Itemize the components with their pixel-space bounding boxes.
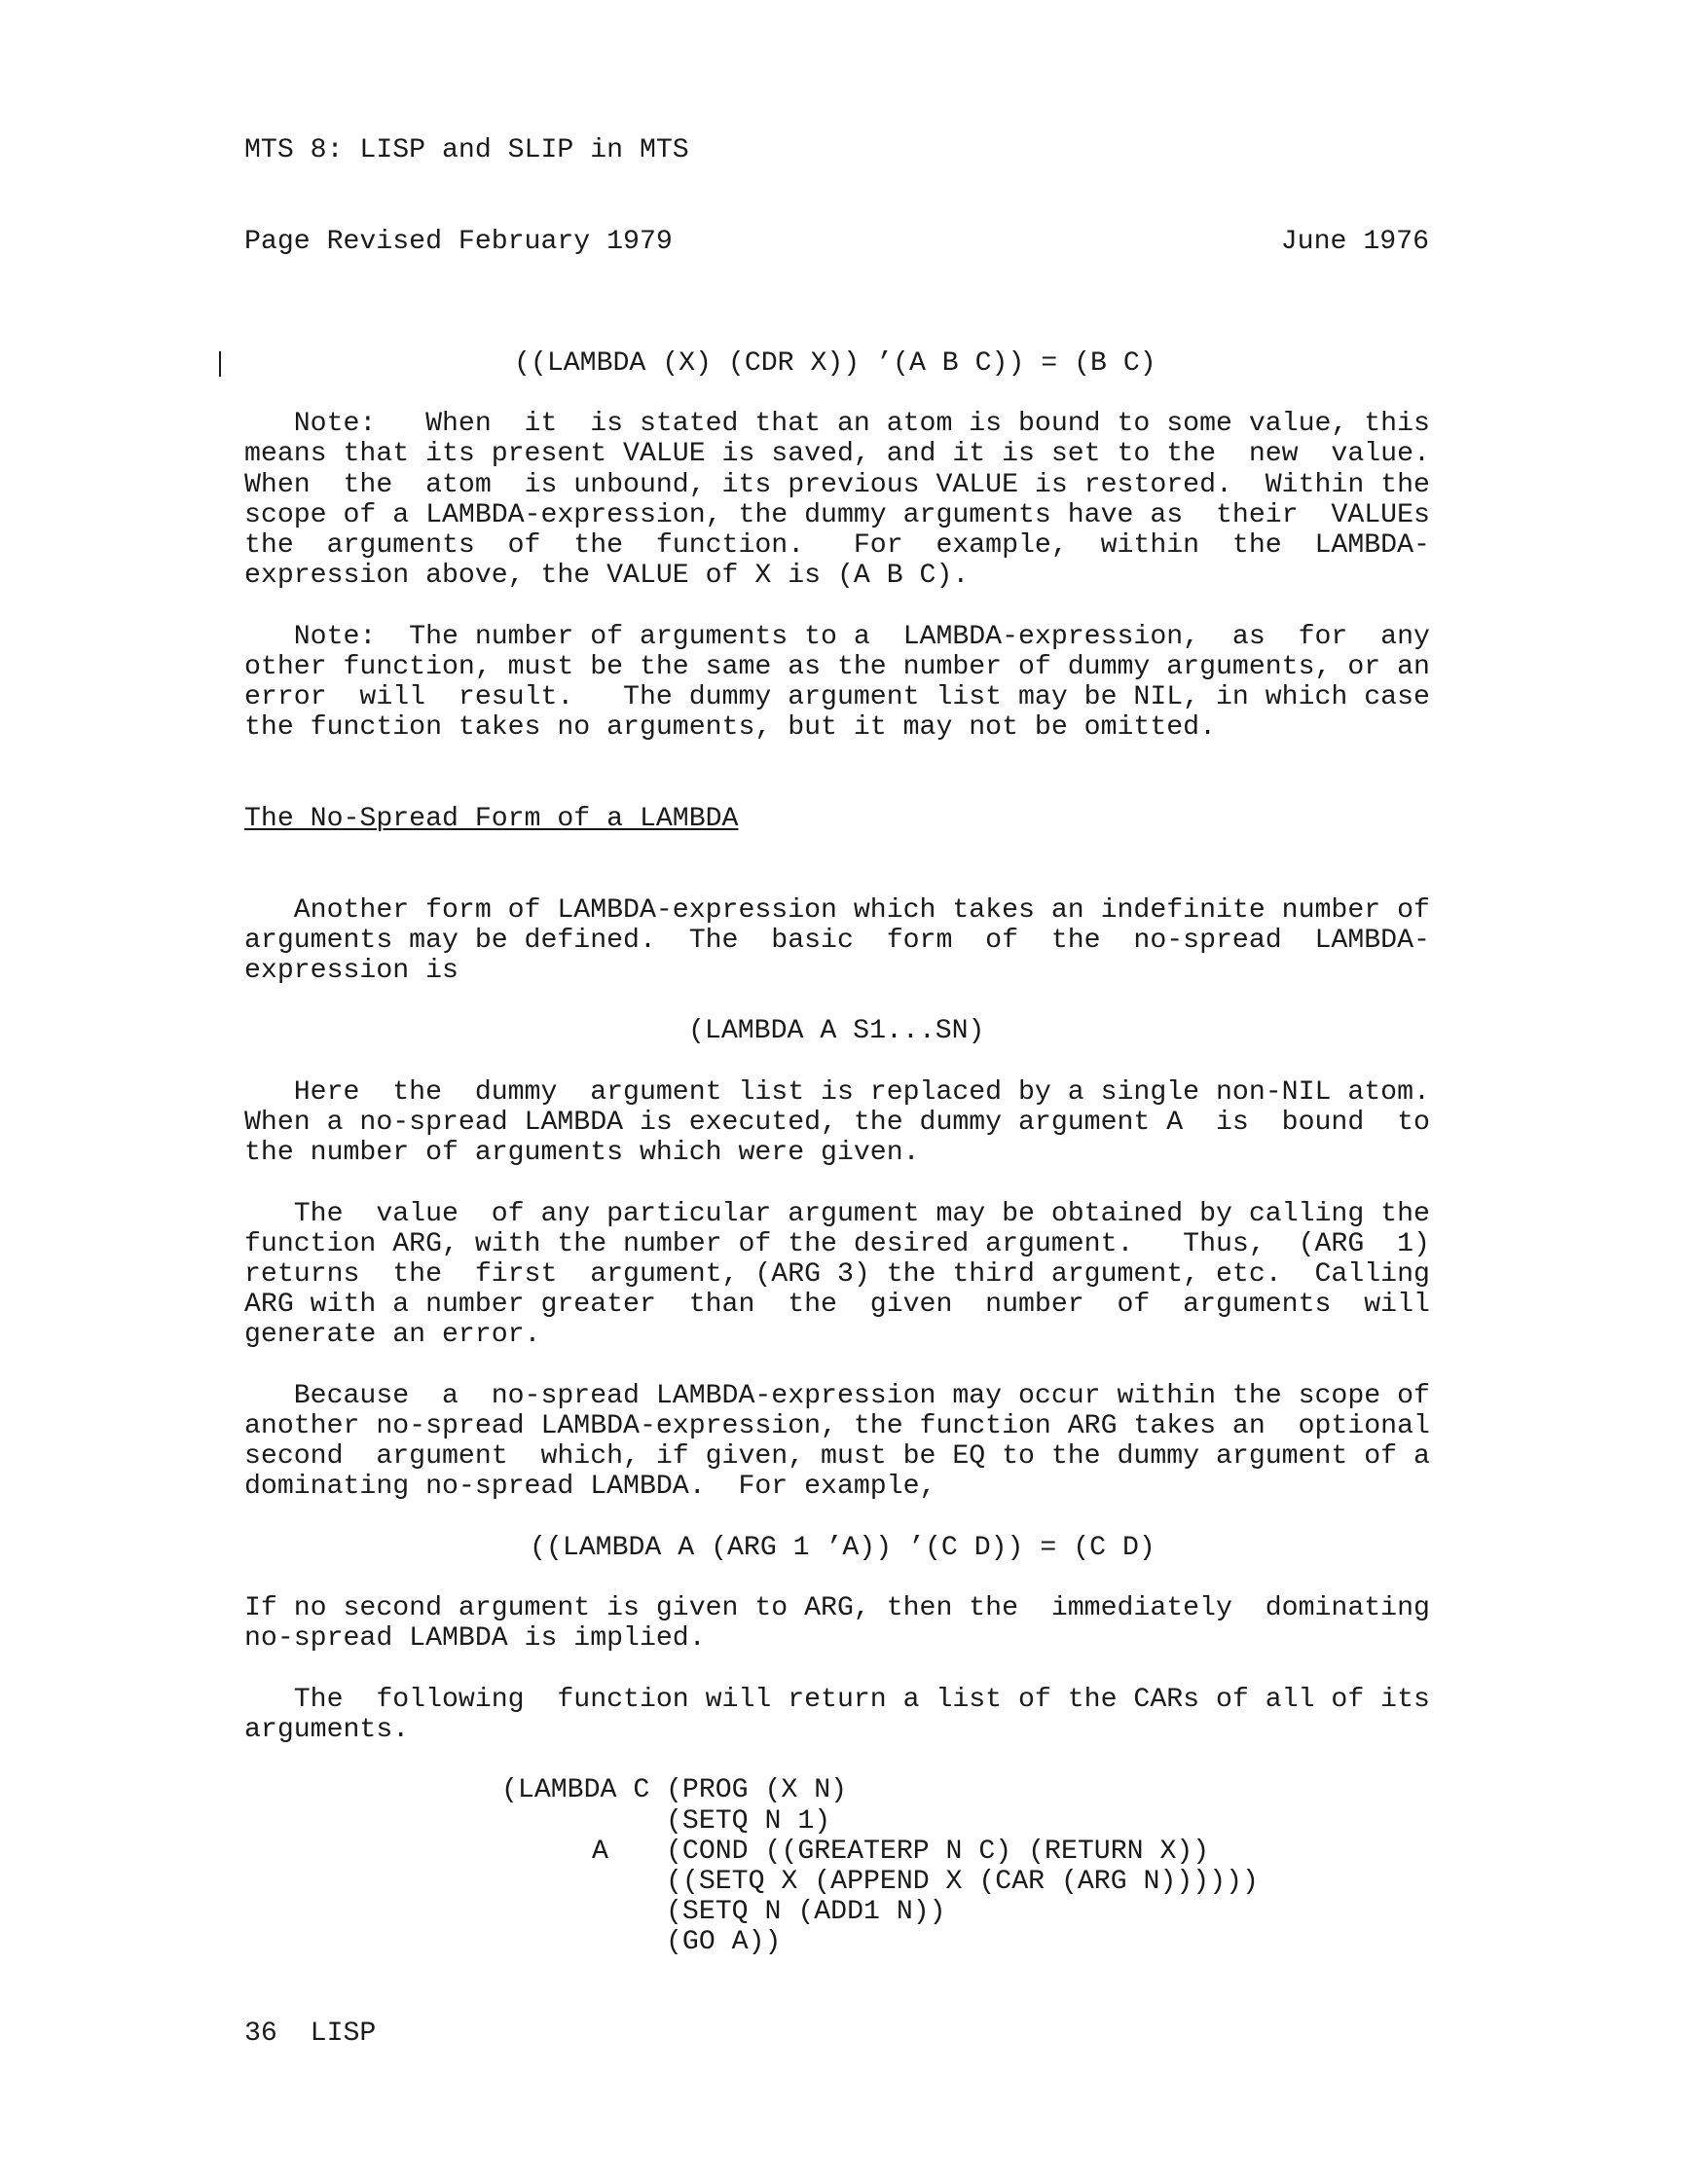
section-heading: The No-Spread Form of a LAMBDA [244,804,738,834]
paragraph-line: error will result. The dummy argument li… [244,682,1430,712]
page-footer: 36 LISP [244,2019,376,2049]
paragraph-line: means that its present VALUE is saved, a… [244,439,1430,469]
paragraph-line: returns the first argument, (ARG 3) the … [244,1259,1430,1290]
paragraph-line: another no-spread LAMBDA-expression, the… [244,1411,1430,1441]
paragraph-line: Here the dummy argument list is replaced… [244,1077,1430,1108]
revision-change-bar [219,351,221,377]
paragraph-line: Because a no-spread LAMBDA-expression ma… [244,1381,1430,1411]
paragraph-line: When the atom is unbound, its previous V… [244,470,1430,500]
edition-date: June 1976 [1281,227,1429,257]
lambda-example-cdr: ((LAMBDA (X) (CDR X)) ’(A B C)) = (B C) [514,348,1156,379]
code-label: A [592,1837,608,1867]
paragraph-line: When a no-spread LAMBDA is executed, the… [244,1108,1430,1138]
code-line: (SETQ N (ADD1 N)) [666,1897,946,1927]
paragraph-line: no-spread LAMBDA is implied. [244,1623,706,1654]
lambda-example-arg: ((LAMBDA A (ARG 1 ’A)) ’(C D)) = (C D) [530,1533,1156,1563]
code-line: (GO A)) [666,1927,781,1957]
paragraph-line: ARG with a number greater than the given… [244,1290,1430,1320]
code-lambda-head: (LAMBDA C [501,1775,649,1805]
paragraph-line: scope of a LAMBDA-expression, the dummy … [244,500,1430,530]
revision-note: Page Revised February 1979 [244,227,673,257]
paragraph-line: the number of arguments which were given… [244,1138,920,1168]
code-line: (PROG (X N) [666,1775,847,1805]
paragraph-line: The value of any particular argument may… [244,1199,1430,1229]
paragraph-line: arguments. [244,1715,409,1745]
document-page: MTS 8: LISP and SLIP in MTS Page Revised… [0,0,1688,2184]
code-line: (SETQ N 1) [666,1806,830,1837]
running-header-title: MTS 8: LISP and SLIP in MTS [244,135,689,165]
paragraph-line: Note: The number of arguments to a LAMBD… [244,622,1430,652]
paragraph-line: dominating no-spread LAMBDA. For example… [244,1472,936,1502]
paragraph-line: second argument which, if given, must be… [244,1441,1430,1472]
paragraph-line: the arguments of the function. For examp… [244,530,1430,561]
paragraph-line: expression is [244,956,459,986]
paragraph-line: the function takes no arguments, but it … [244,712,1216,743]
paragraph-line: function ARG, with the number of the des… [244,1229,1430,1259]
code-line: (COND ((GREATERP N C) (RETURN X)) [666,1837,1209,1867]
paragraph-line: generate an error. [244,1320,540,1350]
paragraph-line: other function, must be the same as the … [244,652,1430,682]
paragraph-line: Note: When it is stated that an atom is … [244,409,1430,439]
paragraph-line: Another form of LAMBDA-expression which … [244,895,1430,926]
no-spread-form-example: (LAMBDA A S1...SN) [688,1016,984,1046]
paragraph-line: If no second argument is given to ARG, t… [244,1593,1430,1623]
code-line: ((SETQ X (APPEND X (CAR (ARG N)))))) [666,1867,1259,1897]
paragraph-line: The following function will return a lis… [244,1685,1430,1715]
paragraph-line: expression above, the VALUE of X is (A B… [244,561,969,591]
paragraph-line: arguments may be defined. The basic form… [244,926,1430,956]
